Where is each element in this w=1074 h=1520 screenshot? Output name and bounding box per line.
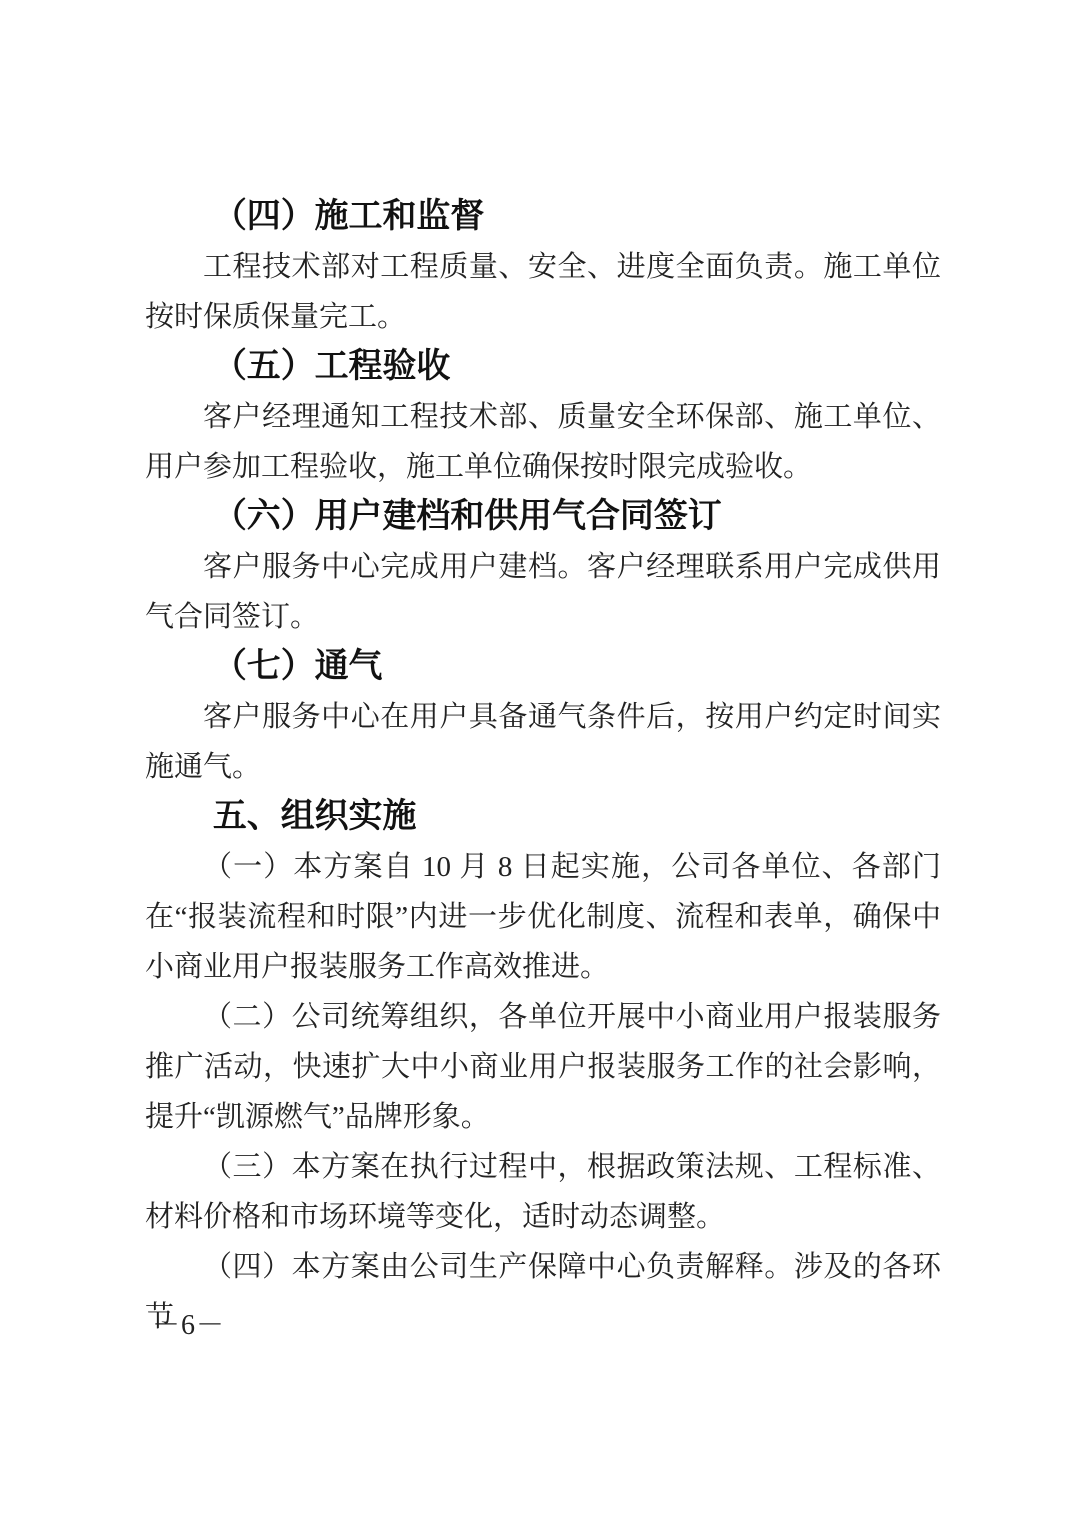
body-paragraph: 客户服务中心完成用户建档。客户经理联系用户完成供用气合同签订。 bbox=[145, 542, 941, 642]
body-paragraph: （一）本方案自 10 月 8 日起实施，公司各单位、各部门在“报装流程和时限”内… bbox=[145, 842, 941, 992]
page-number: －6－ bbox=[152, 1309, 225, 1343]
body-paragraph: （二）公司统筹组织，各单位开展中小商业用户报装服务推广活动，快速扩大中小商业用户… bbox=[145, 992, 941, 1142]
document-page: （四）施工和监督工程技术部对工程质量、安全、进度全面负责。施工单位按时保质保量完… bbox=[0, 0, 1074, 1520]
section-heading: （五）工程验收 bbox=[145, 342, 941, 392]
document-body: （四）施工和监督工程技术部对工程质量、安全、进度全面负责。施工单位按时保质保量完… bbox=[145, 192, 941, 1342]
body-paragraph: 客户经理通知工程技术部、质量安全环保部、施工单位、用户参加工程验收，施工单位确保… bbox=[145, 392, 941, 492]
body-paragraph: （四）本方案由公司生产保障中心负责解释。涉及的各环节 bbox=[145, 1242, 941, 1342]
section-heading: （七）通气 bbox=[145, 642, 941, 692]
body-paragraph: 工程技术部对工程质量、安全、进度全面负责。施工单位按时保质保量完工。 bbox=[145, 242, 941, 342]
body-paragraph: 客户服务中心在用户具备通气条件后，按用户约定时间实施通气。 bbox=[145, 692, 941, 792]
chapter-heading: 五、组织实施 bbox=[145, 792, 941, 842]
section-heading: （六）用户建档和供用气合同签订 bbox=[145, 492, 941, 542]
section-heading: （四）施工和监督 bbox=[145, 192, 941, 242]
body-paragraph: （三）本方案在执行过程中，根据政策法规、工程标准、材料价格和市场环境等变化，适时… bbox=[145, 1142, 941, 1242]
